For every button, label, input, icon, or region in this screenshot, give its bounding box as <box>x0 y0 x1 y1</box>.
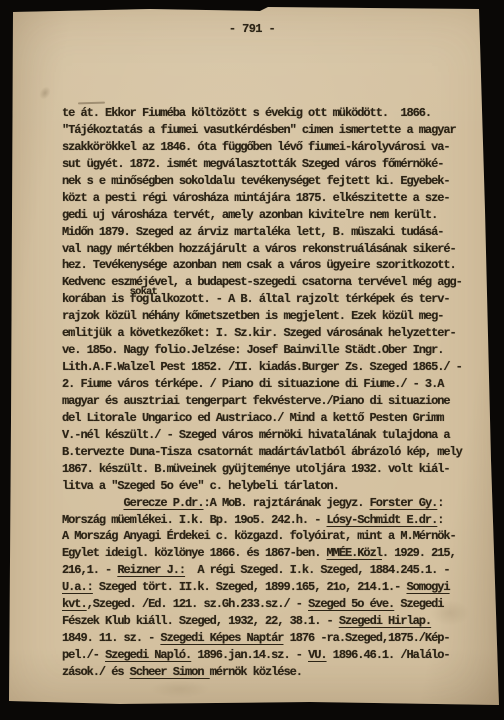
text-segment: Szeged tört. II.k. Szeged, 1899.165, 21o… <box>93 580 407 594</box>
text-line: ve. 185o. Nagy folio.Jelzése: Josef Bain… <box>62 342 474 359</box>
text-segment: közt a pesti régi városháza mintájára 18… <box>62 191 450 205</box>
text-line: pel./- Szegedi Napló. 1896.jan.14.sz. - … <box>62 647 474 664</box>
text-segment: Midőn 1879. Szeged az árviz martaléka le… <box>62 225 443 239</box>
text-segment: rajzok közül néhány kőmetszetben is megj… <box>62 309 443 323</box>
underlined-text: Scheer Simon <box>130 665 210 679</box>
text-segment: zások./ és <box>62 665 130 679</box>
text-line: 2. Fiume város térképe. / Piano di situa… <box>62 376 474 393</box>
text-line: val nagy mértékben hozzájárult a város r… <box>62 241 474 258</box>
text-line: rajzok közül néhány kőmetszetben is megj… <box>62 308 474 325</box>
underlined-text: Gerecze P.dr. <box>124 496 204 510</box>
text-line: Kedvenc eszméjével, a budapest-szegedi c… <box>62 274 474 291</box>
text-line: Gerecze P.dr.:A MoB. rajztárának jegyz. … <box>62 495 474 512</box>
text-segment: 1896.jan.14.sz. - <box>191 648 308 662</box>
text-line: nek s e minőségben sokoldalu tevékenység… <box>62 173 474 190</box>
text-segment: Fészek Klub kiáll. Szeged, 1932, 22, 38.… <box>62 614 339 628</box>
text-segment: del Litorale Ungarico ed Austriaco./ Min… <box>62 411 443 425</box>
underlined-text: Somogyi <box>406 580 449 594</box>
text-segment: sut ügyét. 1872. ismét megválasztották S… <box>62 157 443 171</box>
text-segment: V.-nél készült./ - Szeged város mérnöki … <box>62 428 450 442</box>
underlined-text: VU. <box>308 648 326 662</box>
text-segment: B.tervezte Duna-Tisza csatornát madártáv… <box>62 445 462 459</box>
underlined-text: Reizner J.: <box>117 563 185 577</box>
underlined-text: MMÉE.Közl <box>327 546 382 560</box>
underlined-text: Szeged 5o éve. <box>308 597 394 611</box>
underlined-text: Forster Gy. <box>370 496 438 510</box>
underlined-text: Szegedi Napló. <box>105 648 191 662</box>
text-segment: :A MoB. rajztárának jegyz. <box>203 496 369 510</box>
text-segment: Egylet ideigl. közlönye 1866. és 1867-be… <box>62 546 327 560</box>
text-segment: foglalkozott. - A B. által rajzolt térké… <box>130 292 450 306</box>
text-line: Lith.A.F.Walzel Pest 1852. /II. kiadás.B… <box>62 359 474 376</box>
text-segment: 1849. 11. sz. - <box>62 631 160 645</box>
text-segment: Lith.A.F.Walzel Pest 1852. /II. kiadás.B… <box>62 360 462 374</box>
text-line: gedi uj városháza tervét, amely azonban … <box>62 207 474 224</box>
text-segment: gedi uj városháza tervét, amely azonban … <box>62 208 437 222</box>
text-line: del Litorale Ungarico ed Austriaco./ Min… <box>62 410 474 427</box>
text-segment: Szegedi <box>394 597 443 611</box>
text-segment: nek s e minőségben sokoldalu tevékenység… <box>62 174 450 188</box>
page-number: - 791 - <box>0 22 504 36</box>
text-segment: 1876 -ra.Szeged,1875./Kép- <box>283 631 449 645</box>
text-line: Midőn 1879. Szeged az árviz martaléka le… <box>62 224 474 241</box>
text-line: szakkörökkel az 1846. óta függőben lévő … <box>62 139 474 156</box>
underlined-text: Lósy-Schmidt E.dr. <box>327 513 438 527</box>
text-line: B.tervezte Duna-Tisza csatornát madártáv… <box>62 444 474 461</box>
text-segment: szakkörökkel az 1846. óta függőben lévő … <box>62 140 450 154</box>
text-segment: 1896.46.1. /Halálo- <box>327 648 450 662</box>
text-segment: Kedvenc eszméjével, a budapest-szegedi c… <box>62 275 462 289</box>
text-line: 1867. készült. B.müveinek gyüjteménye ut… <box>62 461 474 478</box>
text-segment: litva a "Szeged 5o éve" c. helybeli tárl… <box>62 479 339 493</box>
text-line: magyar és ausztriai tengerpart fekvéster… <box>62 393 474 410</box>
text-segment: Mország müemlékei. I.k. Bp. 19o5. 242.h.… <box>62 513 327 527</box>
text-line: Egylet ideigl. közlönye 1866. és 1867-be… <box>62 545 474 562</box>
text-segment: te át. Ekkor Fiuméba költözött s évekig … <box>62 106 431 120</box>
text-line: "Tájékoztatás a fiumei vasutkérdésben" c… <box>62 122 474 139</box>
text-line: A Mország Anyagi Érdekei c. közgazd. fol… <box>62 528 474 545</box>
text-line: te át. Ekkor Fiuméba költözött s évekig … <box>62 105 474 122</box>
text-segment: val nagy mértékben hozzájárult a város r… <box>62 242 456 256</box>
text-segment <box>62 496 124 510</box>
underlined-text: Szegedi Képes Naptár <box>160 631 283 645</box>
text-line: Fészek Klub kiáll. Szeged, 1932, 22, 38.… <box>62 613 474 630</box>
text-segment: pel./- <box>62 648 105 662</box>
text-line: hez. Tevékenysége azonban nem csak a vár… <box>62 257 474 274</box>
underlined-text: kvt. <box>62 597 87 611</box>
text-segment: 1867. készült. B.müveinek gyüjteménye ut… <box>62 462 450 476</box>
text-segment: A Mország Anyagi Érdekei c. közgazd. fol… <box>62 529 456 543</box>
text-segment: ve. 185o. Nagy folio.Jelzése: Josef Bain… <box>62 343 443 357</box>
text-segment: 216,1. - <box>62 563 117 577</box>
text-segment: . 1929. 215, <box>382 546 456 560</box>
text-line: 1849. 11. sz. - Szegedi Képes Naptár 187… <box>62 630 474 647</box>
text-line: litva a "Szeged 5o éve" c. helybeli tárl… <box>62 478 474 495</box>
text-segment: mérnök közlése. <box>210 665 302 679</box>
scan-smudge <box>150 680 210 698</box>
text-line: kvt.,Szeged. /Ed. 121. sz.Gh.233.sz./ - … <box>62 596 474 613</box>
text-segment: 2. Fiume város térképe. / Piano di situa… <box>62 377 443 391</box>
text-line: zások./ és Scheer Simon mérnök közlése. <box>62 664 474 681</box>
text-line: emlitjük a következőket: I. Sz.kir. Szeg… <box>62 325 474 342</box>
text-line: Mország müemlékei. I.k. Bp. 19o5. 242.h.… <box>62 512 474 529</box>
underlined-text: U.a.: <box>62 580 93 594</box>
typewritten-text-block: te át. Ekkor Fiuméba költözött s évekig … <box>62 105 474 681</box>
text-segment: "Tájékoztatás a fiumei vasutkérdésben" c… <box>62 123 456 137</box>
text-segment: : <box>437 513 443 527</box>
text-segment: A régi Szeged. I.k. Szeged, 1884.245.1. … <box>185 563 450 577</box>
text-line: korában is sokatfoglalkozott. - A B. ált… <box>62 291 474 308</box>
text-segment: emlitjük a következőket: I. Sz.kir. Szeg… <box>62 326 456 340</box>
text-segment: ,Szeged. /Ed. 121. sz.Gh.233.sz./ - <box>87 597 308 611</box>
text-line: U.a.: Szeged tört. II.k. Szeged, 1899.16… <box>62 579 474 596</box>
text-line: közt a pesti régi városháza mintájára 18… <box>62 190 474 207</box>
text-line: 216,1. - Reizner J.: A régi Szeged. I.k.… <box>62 562 474 579</box>
text-line: sut ügyét. 1872. ismét megválasztották S… <box>62 156 474 173</box>
scanned-document-page: - 791 - te át. Ekkor Fiuméba költözött s… <box>0 0 504 720</box>
text-line: V.-nél készült./ - Szeged város mérnöki … <box>62 427 474 444</box>
underlined-text: Szegedi Hirlap. <box>339 614 431 628</box>
text-segment: : <box>437 496 443 510</box>
text-segment: hez. Tevékenysége azonban nem csak a vár… <box>62 258 456 272</box>
text-segment: magyar és ausztriai tengerpart fekvéster… <box>62 394 450 408</box>
text-segment: korában is <box>62 292 130 306</box>
